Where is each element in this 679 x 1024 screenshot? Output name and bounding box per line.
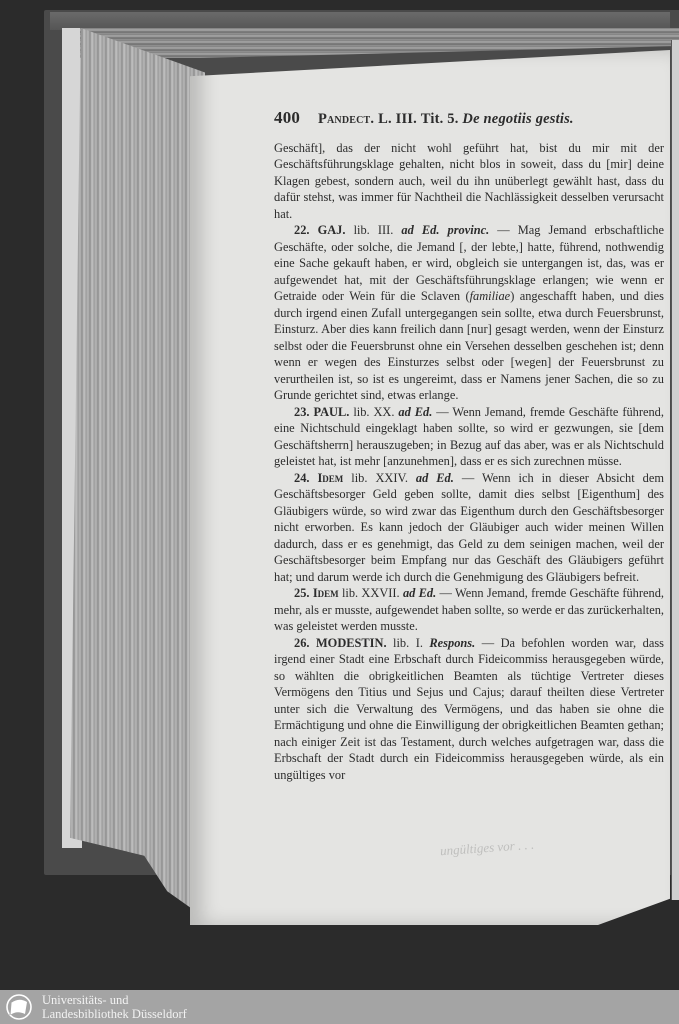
paragraph-text: Geschäft], das der nicht wohl geführt ha… — [274, 141, 664, 221]
fragment-book: lib. XX. — [353, 405, 394, 419]
fragment-author: Idem — [313, 586, 339, 600]
running-head-book: L. III. — [378, 111, 417, 127]
fragment-author: MODESTIN. — [316, 636, 387, 650]
fragment-work: ad Ed. provinc. — [401, 223, 489, 237]
fragment-author: PAUL. — [313, 405, 349, 419]
fragment-number: 22. — [294, 223, 310, 237]
paragraph-24: 24. Idem lib. XXIV. ad Ed. — Wenn ich in… — [274, 470, 664, 586]
fragment-book: lib. III. — [354, 223, 394, 237]
fragment-author: GAJ. — [318, 223, 346, 237]
paragraph-italic: familiae — [470, 289, 511, 303]
fragment-work: ad Ed. — [398, 405, 432, 419]
book-logo-icon[interactable] — [4, 992, 34, 1022]
page-fore-edges — [70, 28, 205, 918]
fragment-work: ad Ed. — [416, 471, 454, 485]
running-head-title-no: Tit. 5. — [421, 111, 459, 127]
paragraph-continuation: Geschäft], das der nicht wohl geführt ha… — [274, 140, 664, 223]
fragment-number: 23. — [294, 405, 310, 419]
book-cover-top-edge — [50, 12, 670, 30]
running-head: 400 Pandect. L. III. Tit. 5. De negotiis… — [274, 110, 664, 128]
page-number: 400 — [274, 108, 300, 127]
book-scan: 400 Pandect. L. III. Tit. 5. De negotiis… — [0, 0, 679, 990]
fragment-book: lib. XXIV. — [351, 471, 408, 485]
paragraph-22: 22. GAJ. lib. III. ad Ed. provinc. — Mag… — [274, 222, 664, 404]
paragraph-text: ) angeschafft haben, und dies durch irge… — [274, 289, 664, 402]
facing-page-edge — [671, 40, 679, 900]
paragraph-26: 26. MODESTIN. lib. I. Respons. — Da befo… — [274, 635, 664, 784]
running-head-title: De negotiis gestis. — [462, 111, 573, 127]
institution-name[interactable]: Universitäts- und Landesbibliothek Düsse… — [42, 993, 187, 1021]
paragraph-text: — Da befohlen worden war, dass irgend ei… — [274, 636, 664, 782]
fragment-number: 26. — [294, 636, 310, 650]
institution-line-2: Landesbibliothek Düsseldorf — [42, 1007, 187, 1021]
paragraph-23: 23. PAUL. lib. XX. ad Ed. — Wenn Jemand,… — [274, 404, 664, 470]
running-head-work: Pandect. — [318, 111, 374, 127]
institution-line-1: Universitäts- und — [42, 993, 187, 1007]
fragment-book: lib. I. — [393, 636, 423, 650]
footer-bar: Universitäts- und Landesbibliothek Düsse… — [0, 990, 679, 1024]
fragment-work: ad Ed. — [403, 586, 436, 600]
fragment-number: 25. — [294, 586, 310, 600]
paragraph-25: 25. Idem lib. XXVII. ad Ed. — Wenn Jeman… — [274, 585, 664, 635]
fragment-author: Idem — [317, 471, 343, 485]
fragment-book: lib. XXVII. — [342, 586, 400, 600]
page-text: 400 Pandect. L. III. Tit. 5. De negotiis… — [274, 110, 664, 783]
fragment-work: Respons. — [429, 636, 475, 650]
paragraph-text: — Wenn ich in dieser Absicht dem Geschäf… — [274, 471, 664, 584]
fragment-number: 24. — [294, 471, 310, 485]
